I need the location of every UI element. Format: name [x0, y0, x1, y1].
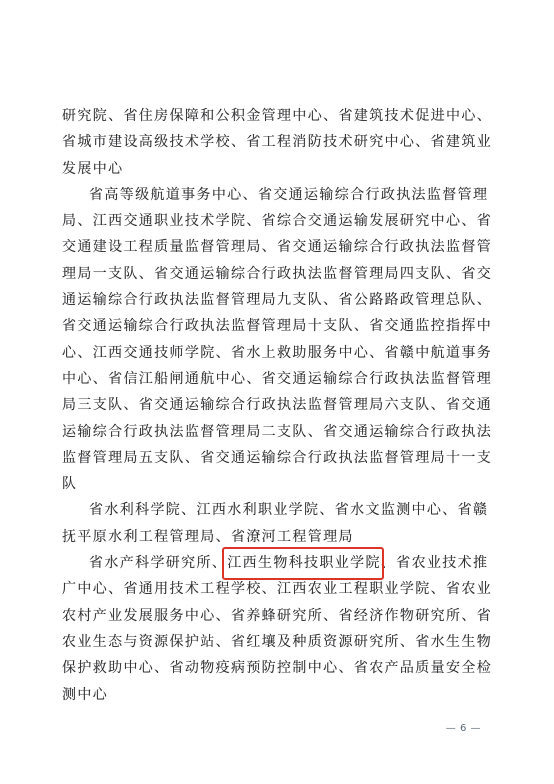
paragraph: 省水利科学院、江西水利职业学院、省水文监测中心、省赣抚平原水利工程管理局、省潦河… [62, 498, 494, 551]
text-line: 省交通运输综合行政执法监督管理局十支队、省交通监控指挥中 [62, 314, 494, 340]
page-number: — 6 — [446, 723, 481, 734]
document-page: 研究院、省住房保障和公积金管理中心、省建筑技术促进中心、省城市建设高级技术学校、… [0, 0, 554, 784]
text-line: 监督管理局五支队、省交通运输综合行政执法监督管理局十一支 [62, 446, 494, 472]
text-line: 局、江西交通职业技术学院、省综合交通运输发展研究中心、省 [62, 209, 494, 235]
text-line: 省水产科学研究所、江西生物科技职业学院、省农业技术推 [62, 551, 494, 577]
paragraph: 省水产科学研究所、江西生物科技职业学院、省农业技术推广中心、省通用技术工程学校、… [62, 551, 494, 709]
text-line: 测中心 [62, 683, 494, 709]
text-line: 运输综合行政执法监督管理局二支队、省交通运输综合行政执法 [62, 420, 494, 446]
text-line: 中心、省信江船闸通航中心、省交通运输综合行政执法监督管理 [62, 367, 494, 393]
paragraph: 省高等级航道事务中心、省交通运输综合行政执法监督管理局、江西交通职业技术学院、省… [62, 183, 494, 499]
text-line: 通运输综合行政执法监督管理局九支队、省公路路政管理总队、 [62, 288, 494, 314]
document-text-block: 研究院、省住房保障和公积金管理中心、省建筑技术促进中心、省城市建设高级技术学校、… [62, 104, 494, 709]
text-line: 保护救助中心、省动物疫病预防控制中心、省农产品质量安全检 [62, 656, 494, 682]
text-line: 农村产业发展服务中心、省养蜂研究所、省经济作物研究所、省 [62, 604, 494, 630]
text-line: 省水利科学院、江西水利职业学院、省水文监测中心、省赣 [62, 498, 494, 524]
text-segment: 、省农业技术推 [381, 556, 489, 571]
text-line: 抚平原水利工程管理局、省潦河工程管理局 [62, 525, 494, 551]
text-line: 研究院、省住房保障和公积金管理中心、省建筑技术促进中心、 [62, 104, 494, 130]
paragraph: 研究院、省住房保障和公积金管理中心、省建筑技术促进中心、省城市建设高级技术学校、… [62, 104, 494, 183]
text-line: 理局一支队、省交通运输综合行政执法监督管理局四支队、省交 [62, 262, 494, 288]
text-line: 交通建设工程质量监督管理局、省交通运输综合行政执法监督管 [62, 235, 494, 261]
text-line: 队 [62, 472, 494, 498]
text-segment: 省水产科学研究所、 [89, 556, 227, 571]
text-line: 发展中心 [62, 157, 494, 183]
text-line: 省高等级航道事务中心、省交通运输综合行政执法监督管理 [62, 183, 494, 209]
text-line: 省城市建设高级技术学校、省工程消防技术研究中心、省建筑业 [62, 130, 494, 156]
text-line: 局三支队、省交通运输综合行政执法监督管理局六支队、省交通 [62, 393, 494, 419]
highlight-box: 江西生物科技职业学院 [227, 551, 381, 577]
text-line: 广中心、省通用技术工程学校、江西农业工程职业学院、省农业 [62, 577, 494, 603]
text-line: 农业生态与资源保护站、省红壤及种质资源研究所、省水生生物 [62, 630, 494, 656]
text-line: 心、江西交通技师学院、省水上救助服务中心、省赣中航道事务 [62, 341, 494, 367]
